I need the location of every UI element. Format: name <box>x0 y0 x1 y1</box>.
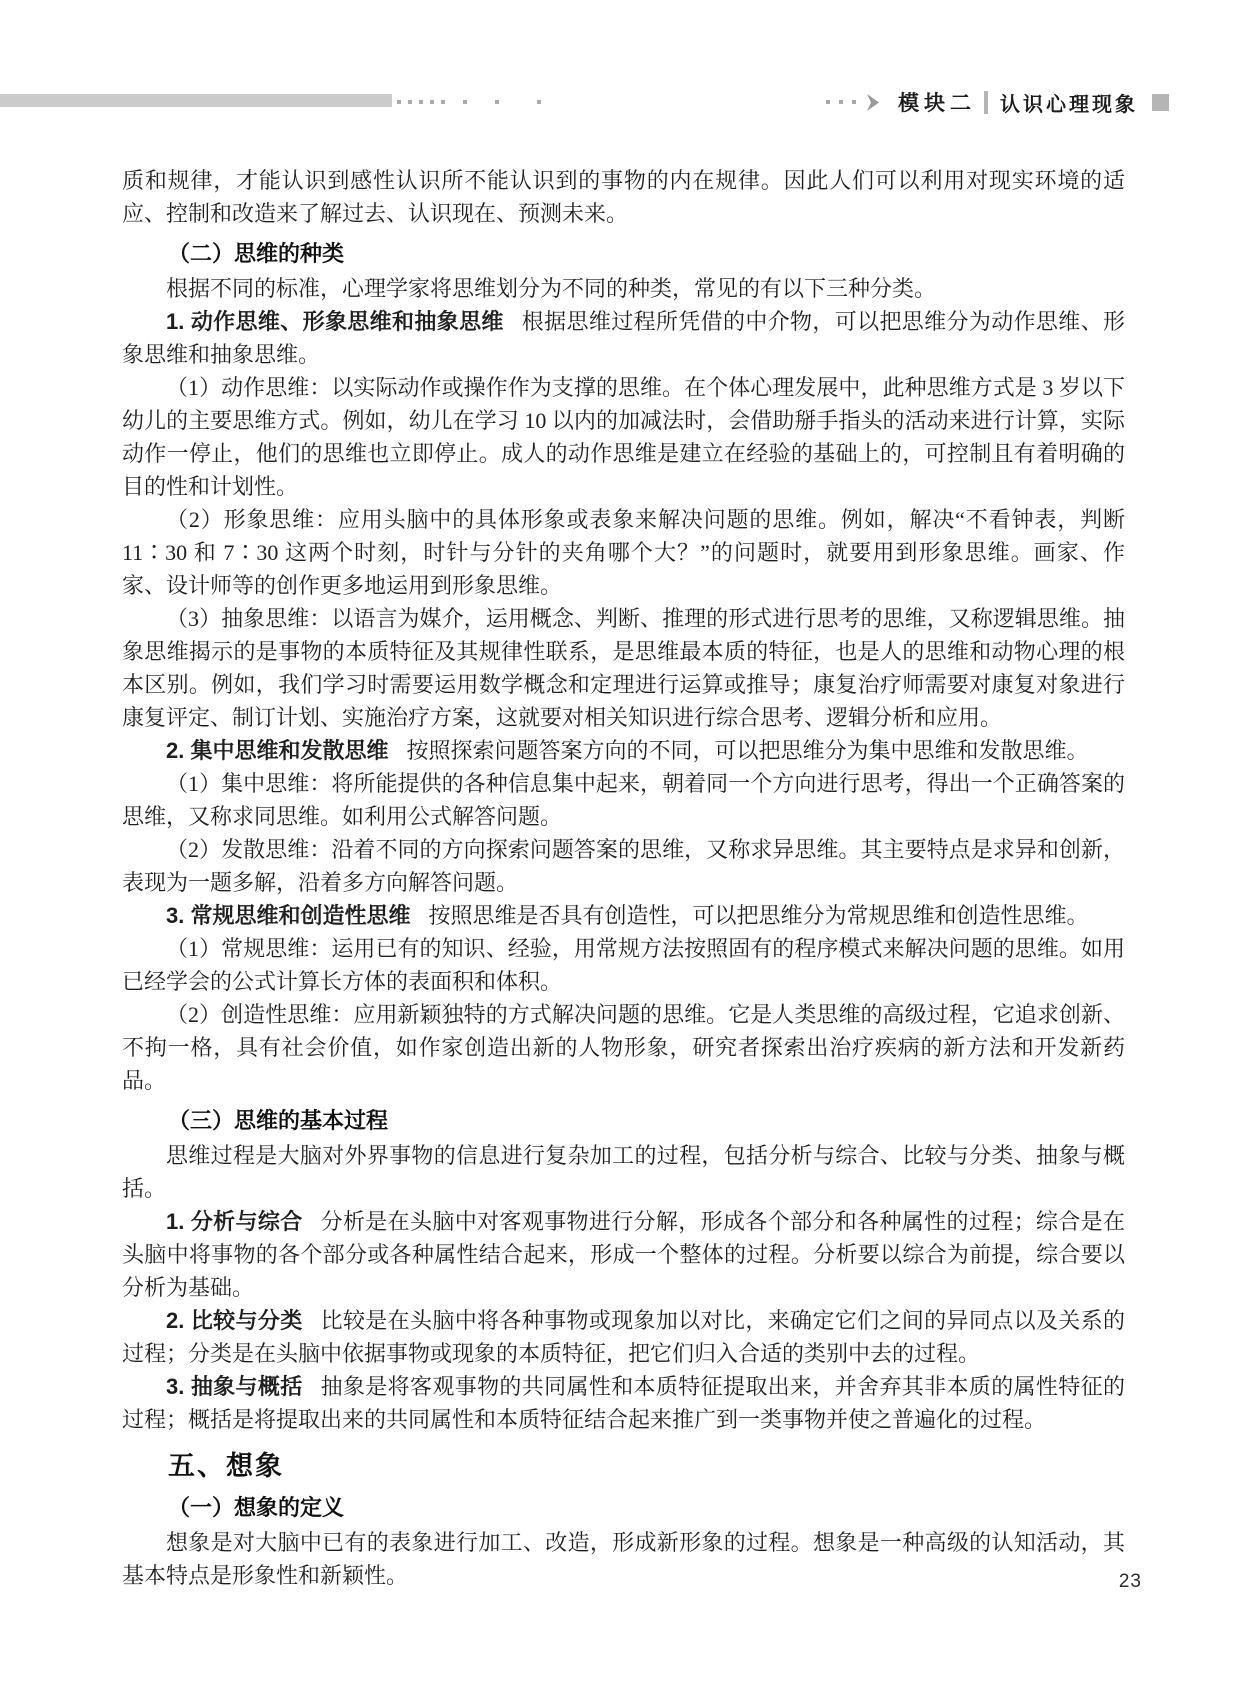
body-paragraph: （1）常规思维：运用已有的知识、经验，用常规方法按照固有的程序模式来解决问题的思… <box>122 932 1125 998</box>
header-breadcrumb: 模块二 认识心理现象 <box>817 86 1169 118</box>
body-paragraph: （2）发散思维：沿着不同的方向探索问题答案的思维，又称求异思维。其主要特点是求异… <box>122 833 1125 899</box>
body-paragraph: 根据不同的标准，心理学家将思维划分为不同的种类，常见的有以下三种分类。 <box>122 272 1125 305</box>
paragraph-text: （2）创造性思维：应用新颖独特的方式解决问题的思维。它是人类思维的高级过程，它追… <box>122 1002 1125 1093</box>
chapter-title: 认识心理现象 <box>1000 88 1138 117</box>
body-paragraph: 想象是对大脑中已有的表象进行加工、改造，形成新形象的过程。想象是一种高级的认知活… <box>122 1526 1125 1592</box>
body-paragraph: 2. 比较与分类比较是在头脑中将各种事物或现象加以对比，来确定它们之间的异同点以… <box>122 1304 1125 1370</box>
paragraph-text: （1）动作思维：以实际动作或操作作为支撑的思维。在个体心理发展中，此种思维方式是… <box>122 375 1125 499</box>
body-paragraph: 思维过程是大脑对外界事物的信息进行复杂加工的过程，包括分析与综合、比较与分类、抽… <box>122 1139 1125 1205</box>
paragraph-text: （1）常规思维：运用已有的知识、经验，用常规方法按照固有的程序模式来解决问题的思… <box>122 936 1125 994</box>
body-paragraph: 2. 集中思维和发散思维按照探索问题答案方向的不同，可以把思维分为集中思维和发散… <box>122 734 1125 767</box>
section-heading: 五、想象 <box>122 1448 1125 1484</box>
body-paragraph: 3. 抽象与概括抽象是将客观事物的共同属性和本质特征提取出来，并舍弃其非本质的属… <box>122 1370 1125 1436</box>
body-paragraph: 3. 常规思维和创造性思维按照思维是否具有创造性，可以把思维分为常规思维和创造性… <box>122 899 1125 932</box>
paragraph-text: 质和规律，才能认识到感性认识所不能认识到的事物的内在规律。因此人们可以利用对现实… <box>122 168 1125 226</box>
body-paragraph: （2）形象思维：应用头脑中的具体形象或表象来解决问题的思维。例如，解决“不看钟表… <box>122 503 1125 602</box>
header-decor-bar <box>0 94 392 107</box>
paragraph-lead: 1. 分析与综合 <box>166 1209 303 1234</box>
header-divider <box>984 91 988 114</box>
body-paragraph: 1. 动作思维、形象思维和抽象思维根据思维过程所凭借的中介物，可以把思维分为动作… <box>122 305 1125 371</box>
body-paragraph: （1）集中思维：将所能提供的各种信息集中起来，朝着同一个方向进行思考，得出一个正… <box>122 767 1125 833</box>
paragraph-text: （1）集中思维：将所能提供的各种信息集中起来，朝着同一个方向进行思考，得出一个正… <box>122 771 1125 829</box>
paragraph-lead: 1. 动作思维、形象思维和抽象思维 <box>166 309 504 334</box>
paragraph-lead: 3. 常规思维和创造性思维 <box>166 903 410 928</box>
subsection-heading: （二）思维的种类 <box>122 238 1125 270</box>
paragraph-lead: 2. 比较与分类 <box>166 1308 303 1333</box>
subsection-heading: （一）想象的定义 <box>122 1492 1125 1524</box>
header-end-square <box>1152 94 1169 111</box>
body-paragraph: 1. 分析与综合分析是在头脑中对客观事物进行分解，形成各个部分和各种属性的过程；… <box>122 1205 1125 1304</box>
header-mini-dots <box>817 100 856 104</box>
paragraph-text: 思维过程是大脑对外界事物的信息进行复杂加工的过程，包括分析与综合、比较与分类、抽… <box>122 1143 1125 1201</box>
paragraph-text: 想象是对大脑中已有的表象进行加工、改造，形成新形象的过程。想象是一种高级的认知活… <box>122 1530 1125 1588</box>
module-label: 模块二 <box>898 87 976 117</box>
page-number: 23 <box>1119 1571 1142 1593</box>
paragraph-text: （2）形象思维：应用头脑中的具体形象或表象来解决问题的思维。例如，解决“不看钟表… <box>122 507 1125 598</box>
body-paragraph: 质和规律，才能认识到感性认识所不能认识到的事物的内在规律。因此人们可以利用对现实… <box>122 164 1125 230</box>
body-paragraph: （1）动作思维：以实际动作或操作作为支撑的思维。在个体心理发展中，此种思维方式是… <box>122 371 1125 503</box>
header-dots-row <box>397 100 548 104</box>
paragraph-lead: 3. 抽象与概括 <box>166 1374 303 1399</box>
paragraph-lead: 2. 集中思维和发散思维 <box>166 738 388 763</box>
body-paragraph: （3）抽象思维：以语言为媒介，运用概念、判断、推理的形式进行思考的思维，又称逻辑… <box>122 602 1125 734</box>
paragraph-text: （3）抽象思维：以语言为媒介，运用概念、判断、推理的形式进行思考的思维，又称逻辑… <box>122 606 1125 730</box>
body-paragraph: （2）创造性思维：应用新颖独特的方式解决问题的思维。它是人类思维的高级过程，它追… <box>122 998 1125 1097</box>
paragraph-text: 按照探索问题答案方向的不同，可以把思维分为集中思维和发散思维。 <box>406 738 1088 763</box>
textbook-page: 模块二 认识心理现象 质和规律，才能认识到感性认识所不能认识到的事物的内在规律。… <box>0 0 1246 1688</box>
page-content: 质和规律，才能认识到感性认识所不能认识到的事物的内在规律。因此人们可以利用对现实… <box>122 164 1125 1592</box>
subsection-heading: （三）思维的基本过程 <box>122 1105 1125 1137</box>
chevron-right-icon <box>866 93 882 112</box>
page-header: 模块二 认识心理现象 <box>0 0 1246 132</box>
paragraph-text: 按照思维是否具有创造性，可以把思维分为常规思维和创造性思维。 <box>428 903 1088 928</box>
paragraph-text: 根据不同的标准，心理学家将思维划分为不同的种类，常见的有以下三种分类。 <box>166 276 936 301</box>
paragraph-text: （2）发散思维：沿着不同的方向探索问题答案的思维，又称求异思维。其主要特点是求异… <box>122 837 1125 895</box>
